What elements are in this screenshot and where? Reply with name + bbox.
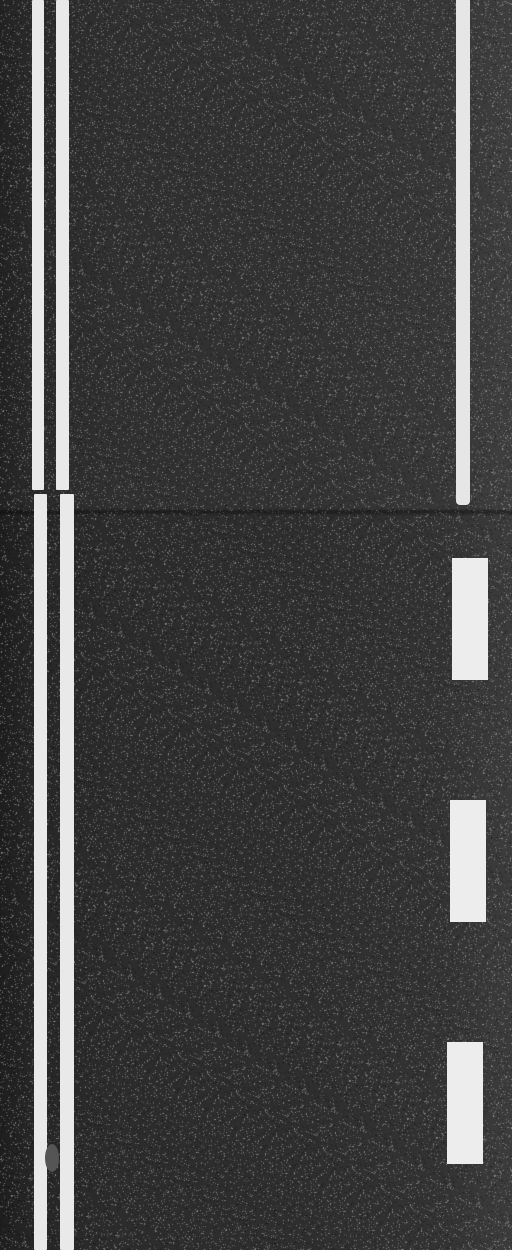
lane-dash-1: [452, 558, 488, 680]
lane-dash-2: [450, 800, 486, 922]
left-solid-line-inner-lower: [60, 494, 74, 1250]
left-solid-line-outer-lower: [34, 494, 47, 1250]
pavement-patch: [45, 1144, 59, 1172]
upper-road-section: [0, 0, 512, 510]
left-solid-line-inner-upper: [56, 0, 69, 490]
lane-dash-3: [447, 1042, 483, 1164]
left-solid-line-outer-upper: [32, 0, 44, 490]
right-edge-line: [456, 0, 470, 505]
pavement-seam: [0, 508, 512, 516]
